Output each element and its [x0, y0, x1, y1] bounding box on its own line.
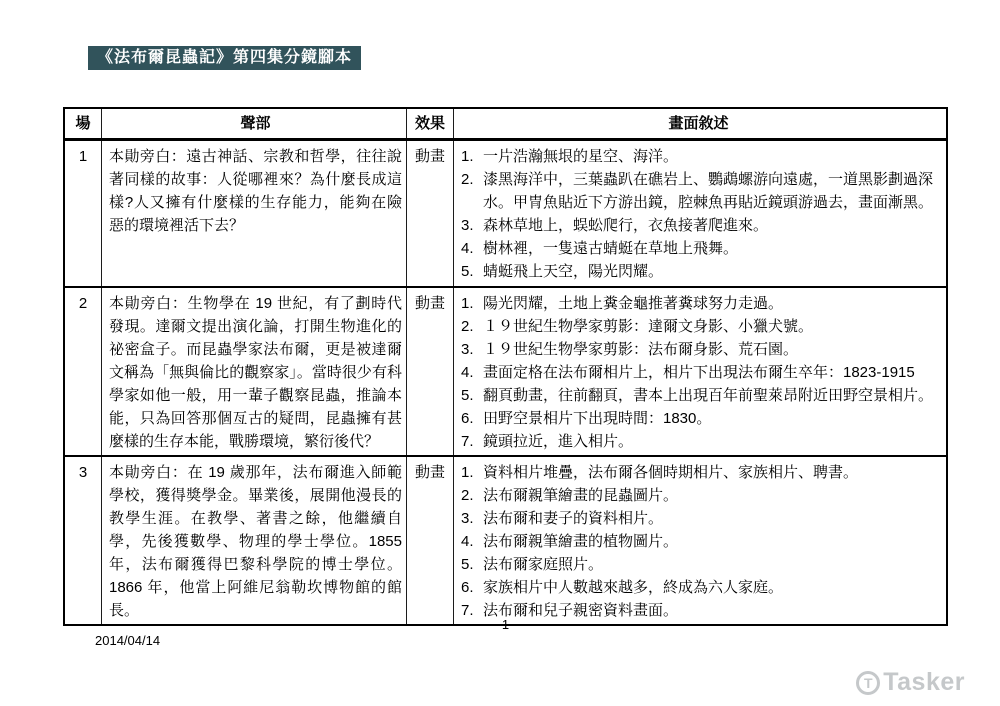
- visual-item-number: 5.: [457, 260, 483, 283]
- visual-item-text: 樹林裡，一隻遠古蜻蜓在草地上飛舞。: [483, 237, 940, 260]
- visual-item-text: 法布爾和妻子的資料相片。: [483, 507, 940, 530]
- visual-item-number: 2.: [457, 315, 483, 338]
- visual-item-number: 5.: [457, 384, 483, 407]
- watermark-label: Tasker: [883, 668, 965, 697]
- visual-item-number: 5.: [457, 553, 483, 576]
- page-title: 《法布爾昆蟲記》第四集分鏡腳本: [88, 46, 361, 70]
- storyboard-table: 場 聲部 效果 畫面敘述 1本勛旁白：遠古神話、宗教和哲學，往往說著同樣的故事：…: [63, 107, 948, 626]
- voice-text-cell: 本勛旁白：在 19 歲那年，法布爾進入師範學校，獲得獎學金。畢業後，展開他漫長的…: [102, 457, 407, 624]
- visual-item-text: 陽光閃耀，土地上糞金龜推著糞球努力走過。: [483, 292, 940, 315]
- visual-item-text: １９世紀生物學家剪影：達爾文身影、小獵犬號。: [483, 315, 940, 338]
- visual-item-text: 鏡頭拉近，進入相片。: [483, 430, 940, 453]
- watermark: T Tasker: [856, 668, 965, 697]
- visual-item-text: 漆黑海洋中，三葉蟲趴在礁岩上、鸚鵡螺游向遠處，一道黑影劃過深水。甲冑魚貼近下方游…: [483, 168, 940, 214]
- visual-item: 5.翻頁動畫，往前翻頁，書本上出現百年前聖萊昂附近田野空景相片。: [457, 384, 940, 407]
- visual-item: 1.資料相片堆疊，法布爾各個時期相片、家族相片、聘書。: [457, 461, 940, 484]
- visual-item-number: 1.: [457, 145, 483, 168]
- table-row: 2本勛旁白：生物學在 19 世紀，有了劃時代發現。達爾文提出演化論，打開生物進化…: [65, 286, 946, 455]
- visual-item-text: 家族相片中人數越來越多，終成為六人家庭。: [483, 576, 940, 599]
- document-page: { "page": { "title": "《法布爾昆蟲記》第四集分鏡腳本", …: [0, 0, 1000, 706]
- visual-item-number: 3.: [457, 338, 483, 361]
- visual-item: 3.森林草地上，蜈蚣爬行，衣魚接著爬進來。: [457, 214, 940, 237]
- visual-item-text: 資料相片堆疊，法布爾各個時期相片、家族相片、聘書。: [483, 461, 940, 484]
- visual-item-number: 4.: [457, 361, 483, 384]
- visual-item: 5.蜻蜓飛上天空，陽光閃耀。: [457, 260, 940, 283]
- effect-cell: 動畫: [407, 457, 454, 624]
- visual-item-number: 6.: [457, 407, 483, 430]
- visual-item: 6.家族相片中人數越來越多，終成為六人家庭。: [457, 576, 940, 599]
- visuals-cell: 1.資料相片堆疊，法布爾各個時期相片、家族相片、聘書。2.法布爾親筆繪畫的昆蟲圖…: [454, 457, 946, 624]
- visual-item-text: 蜻蜓飛上天空，陽光閃耀。: [483, 260, 940, 283]
- visual-item-text: 法布爾親筆繪畫的植物圖片。: [483, 530, 940, 553]
- voice-text-cell: 本勛旁白：遠古神話、宗教和哲學，往往說著同樣的故事：人從哪裡來？為什麼長成這樣?…: [102, 141, 407, 286]
- visual-item: 2.法布爾親筆繪畫的昆蟲圖片。: [457, 484, 940, 507]
- visual-item-number: 4.: [457, 530, 483, 553]
- tasker-logo-icon: T: [856, 671, 880, 695]
- scene-number-cell: 1: [65, 141, 102, 286]
- visual-item-text: 畫面定格在法布爾相片上，相片下出現法布爾生卒年：1823-1915: [483, 361, 940, 384]
- footer-date: 2014/04/14: [95, 633, 160, 649]
- visual-item: 4.畫面定格在法布爾相片上，相片下出現法布爾生卒年：1823-1915: [457, 361, 940, 384]
- visual-item: 5.法布爾家庭照片。: [457, 553, 940, 576]
- visuals-cell: 1.陽光閃耀，土地上糞金龜推著糞球努力走過。2.１９世紀生物學家剪影：達爾文身影…: [454, 288, 946, 455]
- header-visuals: 畫面敘述: [454, 109, 946, 138]
- visual-item: 2.漆黑海洋中，三葉蟲趴在礁岩上、鸚鵡螺游向遠處，一道黑影劃過深水。甲冑魚貼近下…: [457, 168, 940, 214]
- visual-item-text: 一片浩瀚無垠的星空、海洋。: [483, 145, 940, 168]
- table-body: 1本勛旁白：遠古神話、宗教和哲學，往往說著同樣的故事：人從哪裡來？為什麼長成這樣…: [65, 141, 946, 624]
- voice-text-cell: 本勛旁白：生物學在 19 世紀，有了劃時代發現。達爾文提出演化論，打開生物進化的…: [102, 288, 407, 455]
- scene-number-cell: 3: [65, 457, 102, 624]
- effect-cell: 動畫: [407, 288, 454, 455]
- visual-item-text: 田野空景相片下出現時間：1830。: [483, 407, 940, 430]
- effect-cell: 動畫: [407, 141, 454, 286]
- visual-item-text: 翻頁動畫，往前翻頁，書本上出現百年前聖萊昂附近田野空景相片。: [483, 384, 940, 407]
- table-row: 1本勛旁白：遠古神話、宗教和哲學，往往說著同樣的故事：人從哪裡來？為什麼長成這樣…: [65, 141, 946, 286]
- visual-item: 3.１９世紀生物學家剪影：法布爾身影、荒石園。: [457, 338, 940, 361]
- visual-item-number: 1.: [457, 292, 483, 315]
- table-header-row: 場 聲部 效果 畫面敘述: [65, 109, 946, 141]
- visual-item: 6.田野空景相片下出現時間：1830。: [457, 407, 940, 430]
- scene-number-cell: 2: [65, 288, 102, 455]
- visual-item-number: 6.: [457, 576, 483, 599]
- visual-item-text: 法布爾親筆繪畫的昆蟲圖片。: [483, 484, 940, 507]
- visual-item-number: 2.: [457, 168, 483, 214]
- visual-item-number: 4.: [457, 237, 483, 260]
- visual-item: 1.一片浩瀚無垠的星空、海洋。: [457, 145, 940, 168]
- table-row: 3本勛旁白：在 19 歲那年，法布爾進入師範學校，獲得獎學金。畢業後，展開他漫長…: [65, 455, 946, 624]
- visual-item-text: １９世紀生物學家剪影：法布爾身影、荒石園。: [483, 338, 940, 361]
- header-effect: 效果: [407, 109, 454, 138]
- visual-item: 4.法布爾親筆繪畫的植物圖片。: [457, 530, 940, 553]
- visual-item: 2.１９世紀生物學家剪影：達爾文身影、小獵犬號。: [457, 315, 940, 338]
- visual-item: 3.法布爾和妻子的資料相片。: [457, 507, 940, 530]
- visual-item-number: 3.: [457, 214, 483, 237]
- header-scene: 場: [65, 109, 102, 138]
- visual-item-number: 2.: [457, 484, 483, 507]
- visual-item: 4.樹林裡，一隻遠古蜻蜓在草地上飛舞。: [457, 237, 940, 260]
- header-voice: 聲部: [102, 109, 407, 138]
- visual-item: 1.陽光閃耀，土地上糞金龜推著糞球努力走過。: [457, 292, 940, 315]
- visual-item: 7.鏡頭拉近，進入相片。: [457, 430, 940, 453]
- visuals-cell: 1.一片浩瀚無垠的星空、海洋。2.漆黑海洋中，三葉蟲趴在礁岩上、鸚鵡螺游向遠處，…: [454, 141, 946, 286]
- visual-item-text: 法布爾家庭照片。: [483, 553, 940, 576]
- visual-item-number: 1.: [457, 461, 483, 484]
- visual-item-number: 3.: [457, 507, 483, 530]
- visual-item-number: 7.: [457, 430, 483, 453]
- page-number: 1: [63, 617, 948, 633]
- visual-item-text: 森林草地上，蜈蚣爬行，衣魚接著爬進來。: [483, 214, 940, 237]
